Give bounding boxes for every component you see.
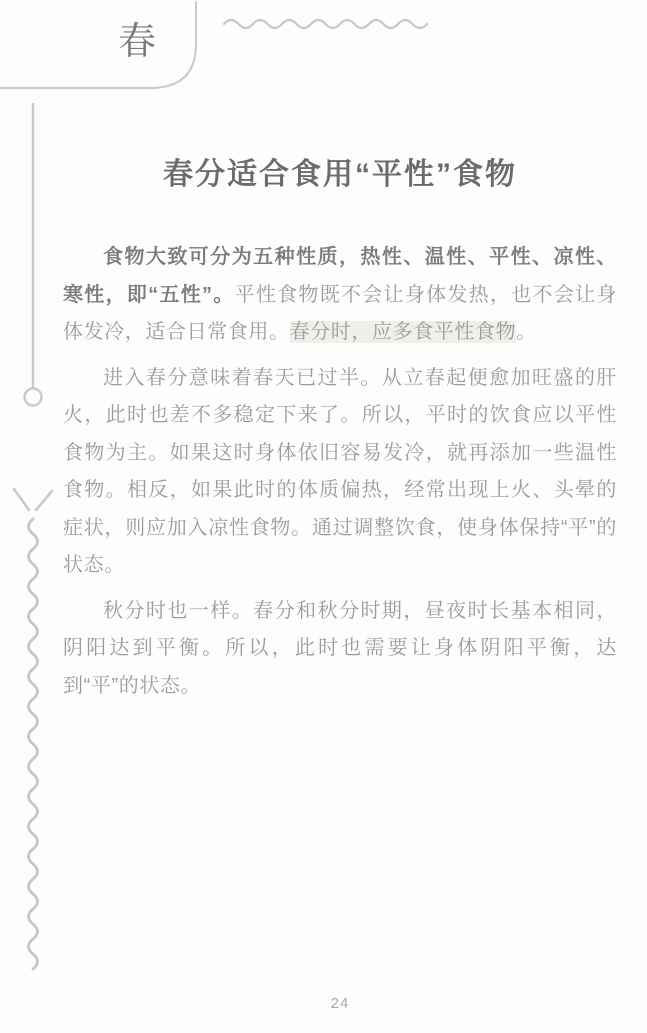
- paragraph-1: 食物大致可分为五种性质，热性、温性、平性、凉性、寒性，即“五性”。平性食物既不会…: [63, 239, 617, 352]
- text-column: 春分适合食用“平性”食物 食物大致可分为五种性质，热性、温性、平性、凉性、寒性，…: [63, 156, 617, 705]
- page-number: 24: [63, 995, 617, 1012]
- paragraph-1-highlight: 春分时，应多食平性食物: [290, 321, 517, 343]
- circle-end-icon: [25, 389, 42, 406]
- body-text: 食物大致可分为五种性质，热性、温性、平性、凉性、寒性，即“五性”。平性食物既不会…: [63, 239, 617, 705]
- book-page: 春 春分适合食用“平性”食物 食物大致可分为五种性质，热性、温性、平性、凉性、寒…: [0, 0, 647, 1033]
- paragraph-3: 秋分时也一样。春分和秋分时期，昼夜时长基本相同，阴阳达到平衡。所以，此时也需要让…: [63, 593, 617, 706]
- paragraph-2: 进入春分意味着春天已过半。从立春起便愈加旺盛的肝火，此时也差不多稳定下来了。所以…: [63, 360, 617, 585]
- paragraph-1-tail: 。: [516, 321, 537, 343]
- page-title: 春分适合食用“平性”食物: [63, 156, 617, 194]
- chapter-tab-spring: 春: [106, 10, 170, 65]
- left-wavy-line: [29, 519, 38, 969]
- top-wavy-line: [224, 20, 427, 28]
- v-mark-icon: [14, 489, 52, 510]
